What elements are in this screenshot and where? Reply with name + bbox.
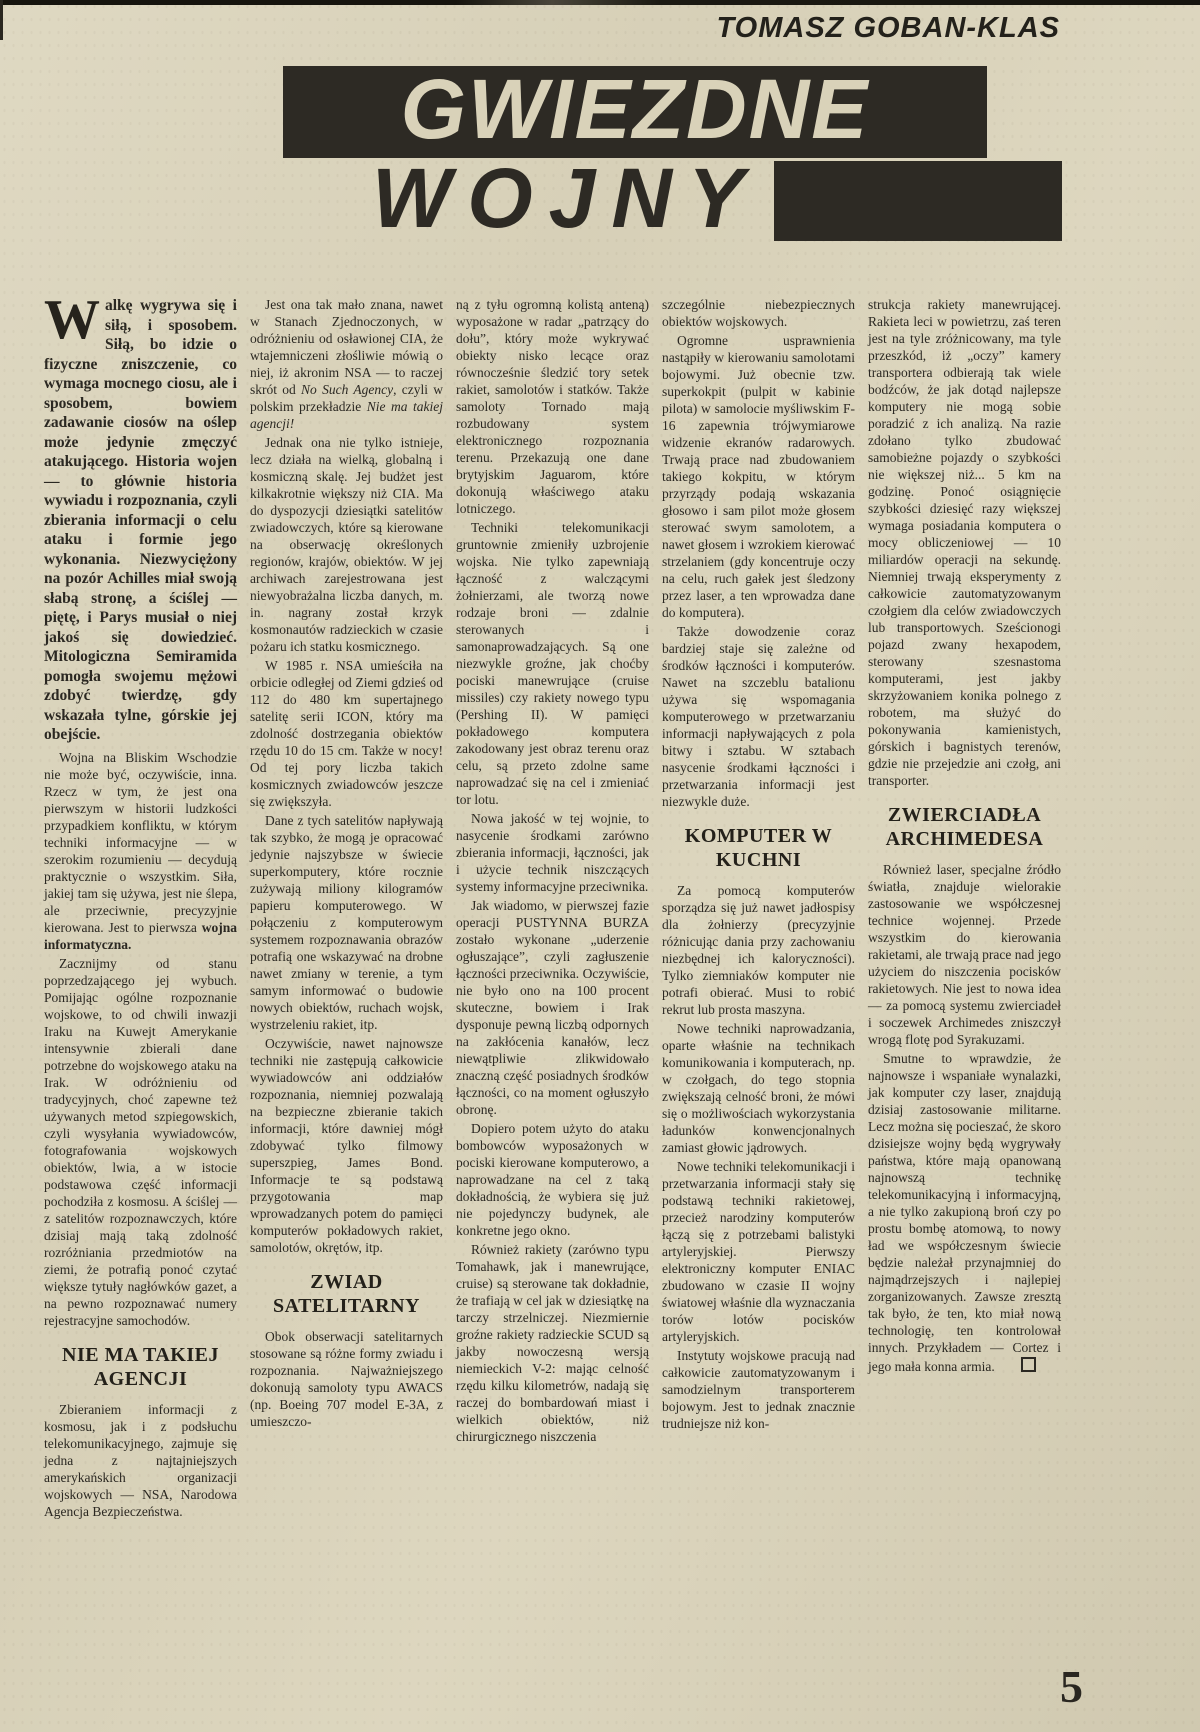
body-paragraph: Zacznijmy od stanu poprzedzającego jej w… — [44, 955, 237, 1329]
body-paragraph: Obok obserwacji satelitarnych stosowane … — [250, 1328, 443, 1430]
column-5: strukcja rakiety manewrującej. Rakieta l… — [868, 296, 1061, 1377]
title-bar-fill — [774, 161, 1062, 241]
body-paragraph: W 1985 r. NSA umieściła na orbicie odleg… — [250, 657, 443, 810]
column-2: Jest ona tak mało znana, nawet w Stanach… — [250, 296, 443, 1432]
body-paragraph: Smutne to wprawdzie, że najnowsze i wspa… — [868, 1050, 1061, 1375]
column-1: Walkę wygrywa się i siłą, i sposobem. Si… — [44, 296, 237, 1522]
body-paragraph: strukcja rakiety manewrującej. Rakieta l… — [868, 296, 1061, 789]
body-paragraph: Nowe techniki telekomunikacji i przetwar… — [662, 1158, 855, 1345]
magazine-page: { "page": { "author": "TOMASZ GOBAN-KLAS… — [0, 0, 1200, 1732]
body-paragraph: Również rakiety (zarówno typu Tomahawk, … — [456, 1241, 649, 1445]
italic-phrase: No Such Agency — [301, 382, 393, 397]
body-paragraph: Nowe techniki naprowadzania, oparte właś… — [662, 1020, 855, 1156]
body-paragraph: Instytuty wojskowe pracują nad całkowici… — [662, 1347, 855, 1432]
body-paragraph: Także dowodzenie coraz bardziej staje si… — [662, 623, 855, 810]
column-3: ną z tyłu ogromną kolistą anteną) wyposa… — [456, 296, 649, 1447]
scan-edge-left — [0, 0, 3, 40]
section-heading-zwiad-satelitarny: ZWIAD SATELITARNY — [250, 1270, 443, 1318]
body-paragraph: Wojna na Bliskim Wschodzie nie może być,… — [44, 749, 237, 953]
title-row-line2: WOJNY — [372, 160, 1062, 242]
section-heading-nie-ma-takiej-agencji: NIE MA TAKIEJ AGENCJI — [44, 1343, 237, 1391]
lead-paragraph: Walkę wygrywa się i siłą, i sposobem. Si… — [44, 296, 237, 745]
title-bar-line1: GWIEZDNE — [283, 66, 987, 158]
body-paragraph: Oczywiście, nawet najnowsze techniki nie… — [250, 1035, 443, 1256]
section-heading-komputer-w-kuchni: KOMPUTER W KUCHNI — [662, 824, 855, 872]
lead-text: alkę wygrywa się i siłą, i sposobem. Sił… — [44, 297, 237, 743]
body-paragraph: Zbieraniem informacji z kosmosu, jak i z… — [44, 1401, 237, 1520]
drop-cap: W — [44, 299, 100, 341]
column-4: szczególnie niebezpiecznych obiektów woj… — [662, 296, 855, 1434]
paragraph-text: Smutne to wprawdzie, że najnowsze i wspa… — [868, 1051, 1061, 1374]
body-paragraph: Nowa jakość w tej wojnie, to nasycenie ś… — [456, 810, 649, 895]
scan-edge-top — [0, 0, 1200, 5]
body-paragraph: Jest ona tak mało znana, nawet w Stanach… — [250, 296, 443, 432]
section-heading-zwierciadla-archimedesa: ZWIERCIADŁA ARCHIMEDESA — [868, 803, 1061, 851]
body-paragraph: Jednak ona nie tylko istnieje, lecz dzia… — [250, 434, 443, 655]
body-paragraph: Dane z tych satelitów napływają tak szyb… — [250, 812, 443, 1033]
title-text-line1: GWIEZDNE — [401, 67, 870, 151]
body-paragraph: Dopiero potem użyto do ataku bombowców w… — [456, 1120, 649, 1239]
body-paragraph: Techniki telekomunikacji gruntownie zmie… — [456, 519, 649, 808]
body-paragraph: szczególnie niebezpiecznych obiektów woj… — [662, 296, 855, 330]
title-text-line2: WOJNY — [372, 156, 760, 240]
page-number: 5 — [1060, 1660, 1083, 1713]
body-paragraph: ną z tyłu ogromną kolistą anteną) wyposa… — [456, 296, 649, 517]
paragraph-text: Wojna na Bliskim Wschodzie nie może być,… — [44, 750, 237, 935]
body-paragraph: Za pomocą komputerów sporządza się już n… — [662, 882, 855, 1018]
body-paragraph: Również laser, specjalne źródło światła,… — [868, 861, 1061, 1048]
end-of-article-mark — [1021, 1357, 1036, 1372]
body-paragraph: Jak wiadomo, w pierwszej fazie operacji … — [456, 897, 649, 1118]
body-paragraph: Ogromne usprawnienia nastąpiły w kierowa… — [662, 332, 855, 621]
author-byline: TOMASZ GOBAN-KLAS — [44, 12, 1060, 45]
